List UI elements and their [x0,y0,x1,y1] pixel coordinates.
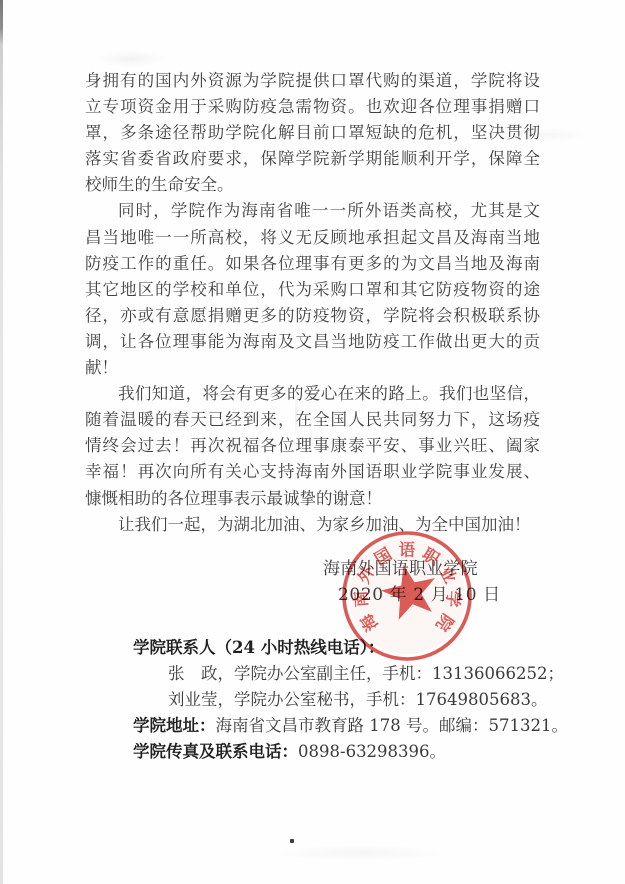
official-seal: 海南外国语职业学院 [312,501,502,691]
body-line: 情终会过去！再次祝福各位理事康泰平安、事业兴旺、阖家 [85,433,540,459]
fax-label: 学院传真及联系电话： [133,742,298,761]
seal-ring-char: 南 [350,590,371,608]
scanned-letter-page: 身拥有的国内外资源为学院提供口罩代购的渠道，学院将设立专项资金用于采购防疫急需物… [0,0,625,884]
contact-fax-line: 学院传真及联系电话：0898-63298396。 [133,739,573,765]
body-line: 罩，多条途径帮助学院化解目前口罩短缺的危机，坚决贯彻 [85,120,540,146]
body-line: 身拥有的国内外资源为学院提供口罩代购的渠道，学院将设 [85,68,540,94]
fax-value: 0898-63298396。 [298,742,446,761]
seal-ring-char: 学 [443,590,464,608]
body-line: 校师生的生命安全。 [85,172,540,198]
body-line: 我们知道，将会有更多的爱心在来的路上。我们也坚信， [85,381,540,407]
body-line: 昌当地唯一一所高校，将义无反顾地承担起文昌及海南当地 [85,225,540,251]
address-label: 学院地址： [133,716,216,735]
scan-edge-shadow [0,0,3,884]
body-line: 献！ [85,355,540,381]
address-value: 海南省文昌市教育路 178 号。邮编：571321。 [216,716,568,735]
contact-address-line: 学院地址：海南省文昌市教育路 178 号。邮编：571321。 [133,713,573,739]
body-line: 落实省委省政府要求，保障学院新学期能顺利开学，保障全 [85,146,540,172]
body-line: 调，让各位理事能为海南及文昌当地防疫工作做出更大的贡 [85,329,540,355]
scan-speck [290,839,294,843]
scan-smudge [270,845,450,861]
body-line: 其它地区的学校和单位，代为采购口罩和其它防疫物资的途 [85,277,540,303]
body-line: 随着温暖的春天已经到来，在全国人民共同努力下，这场疫 [85,407,540,433]
scan-smudge [96,50,166,68]
seal-ring-char: 语 [399,540,416,560]
body-line: 立专项资金用于采购防疫急需物资。也欢迎各位理事捐赠口 [85,94,540,120]
letter-body: 身拥有的国内外资源为学院提供口罩代购的渠道，学院将设立专项资金用于采购防疫急需物… [85,68,540,538]
body-line: 径，亦或有意愿捐赠更多的防疫物资，学院将会积极联系协 [85,303,540,329]
body-line: 防疫工作的重任。如果各位理事有更多的为文昌当地及海南 [85,251,540,277]
body-line: 幸福！再次向所有关心支持海南外国语职业学院事业发展、 [85,459,540,485]
body-line: 同时，学院作为海南省唯一一所外语类高校，尤其是文 [85,198,540,224]
